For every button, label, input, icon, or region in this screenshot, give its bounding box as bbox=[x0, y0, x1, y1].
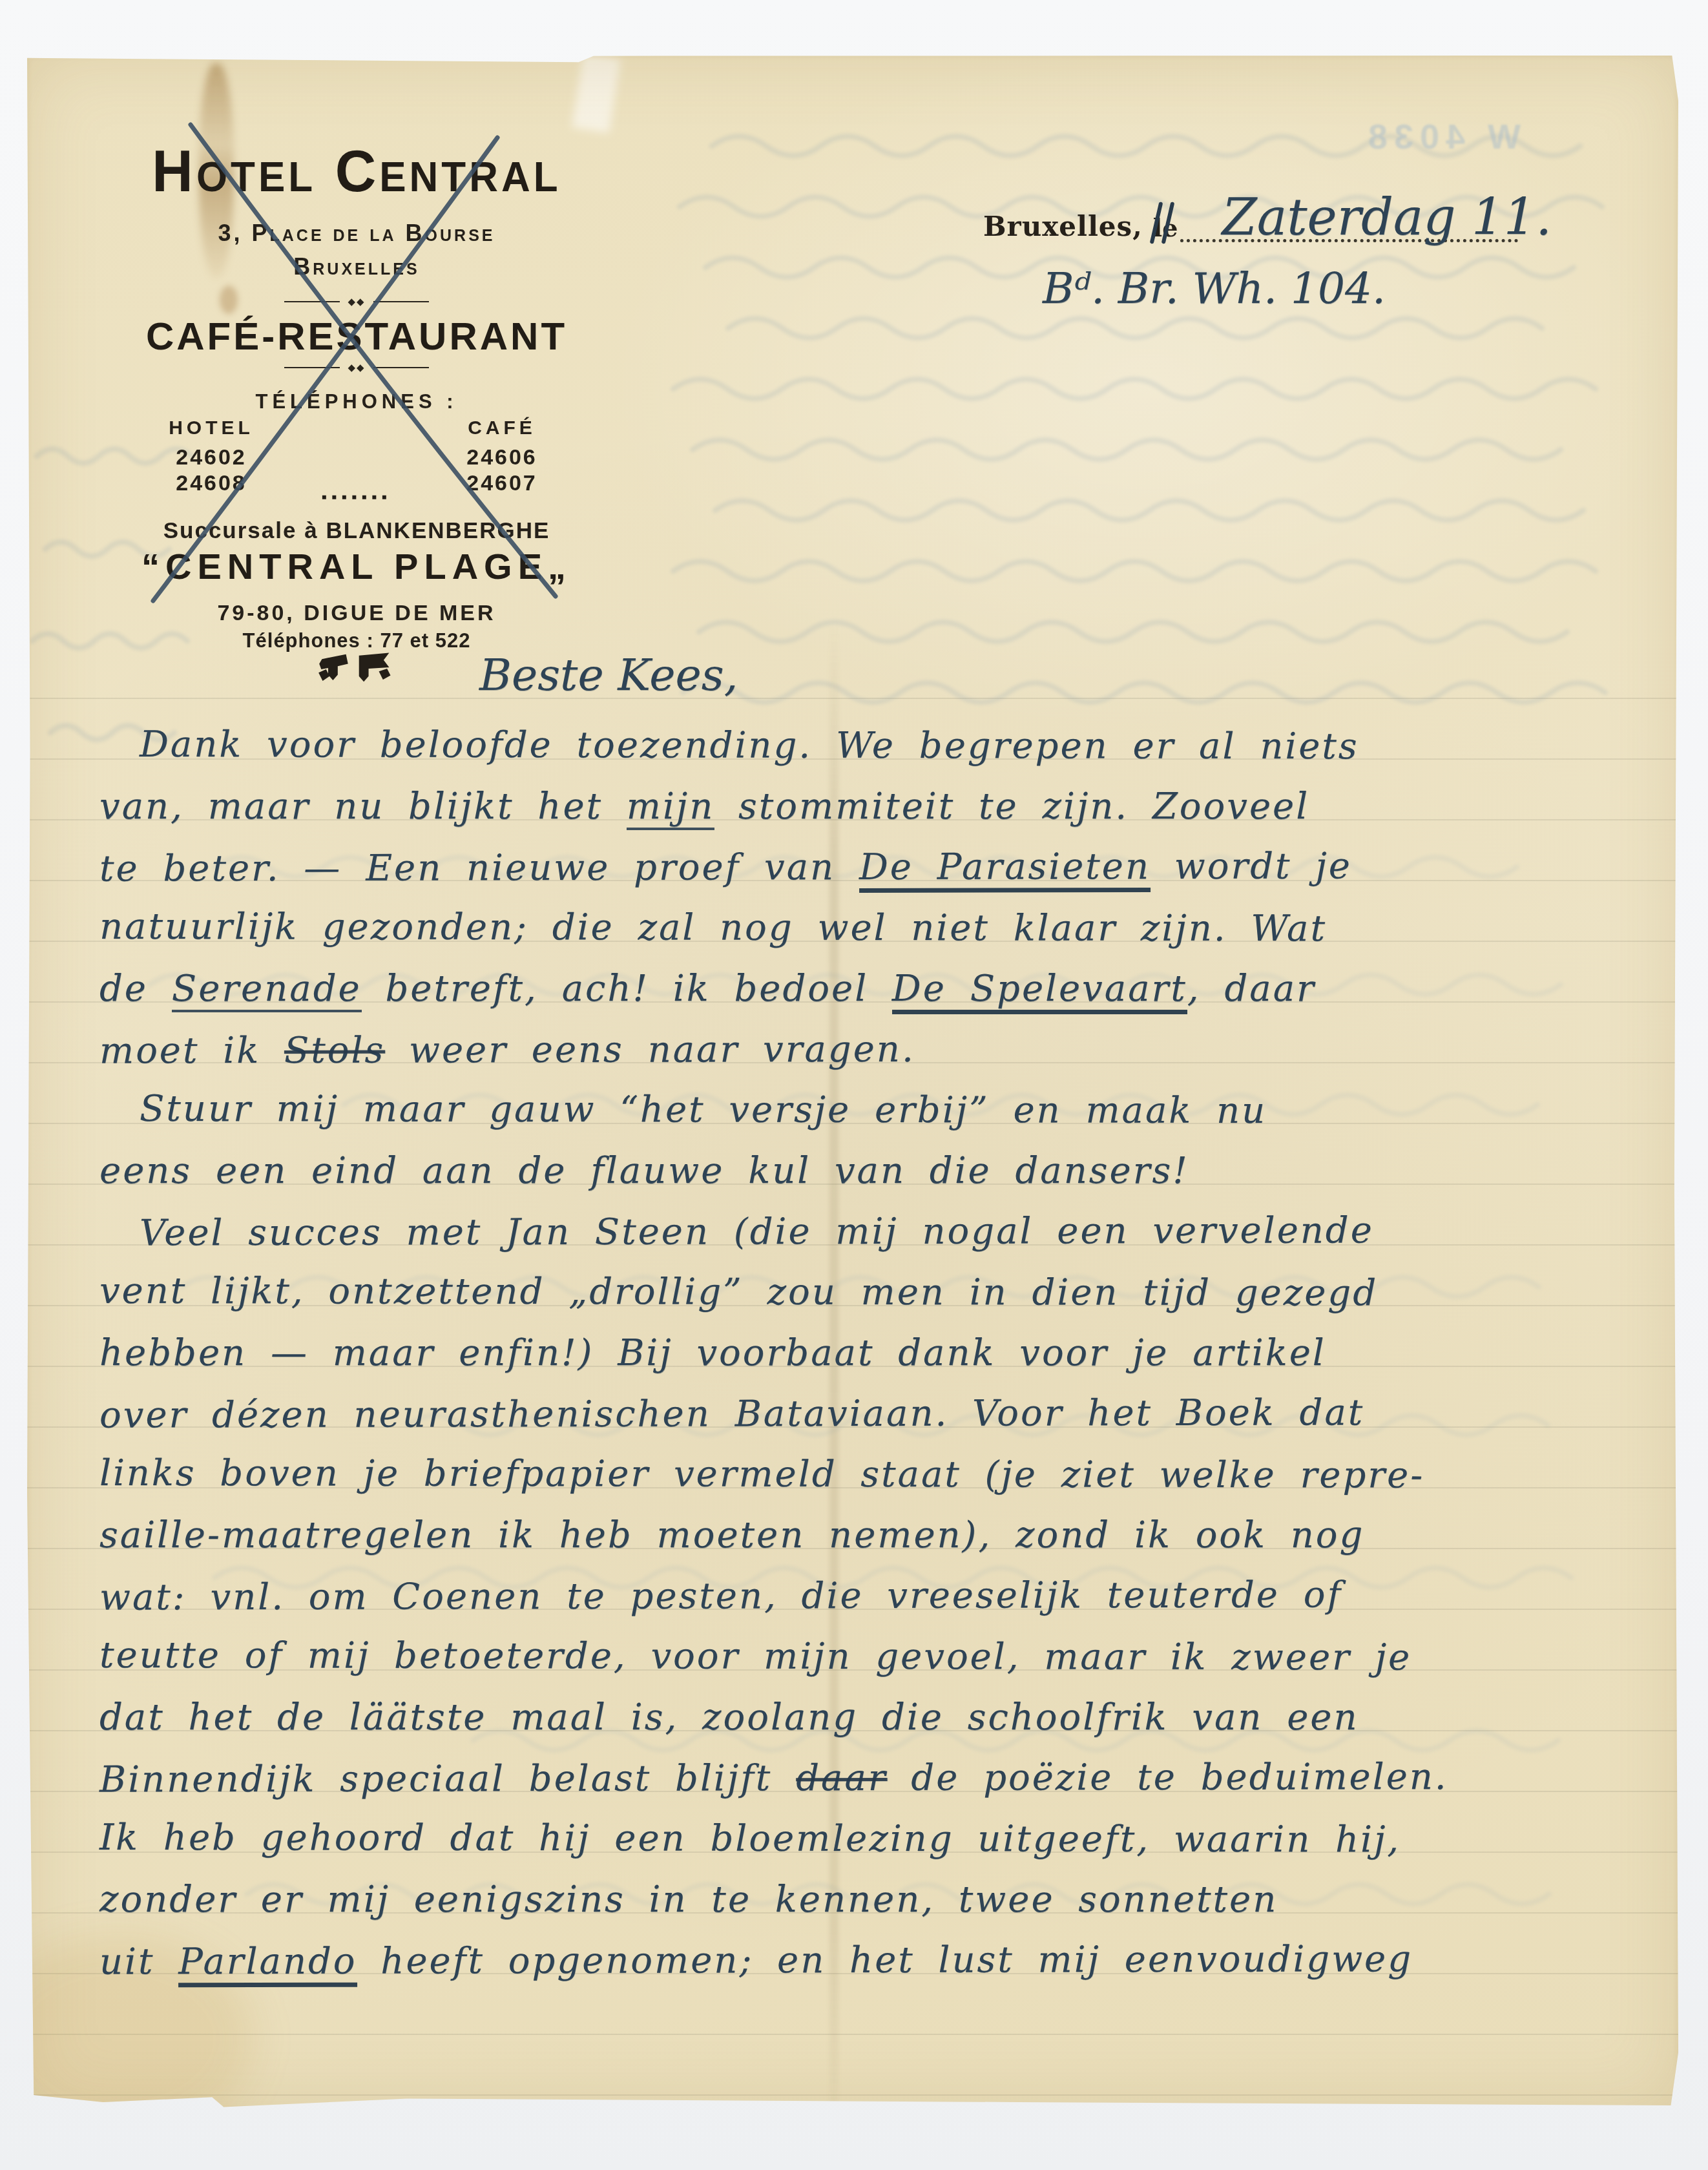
dateline: Bruxelles, le Zaterdag 11. bbox=[983, 204, 1518, 242]
handwritten-line: zonder er mij eenigszins in te kennen, t… bbox=[99, 1870, 1637, 1930]
hotel-address: 3, Place de la Bourse bbox=[66, 220, 647, 247]
ornament-divider: ◆◆ bbox=[66, 296, 647, 308]
handwritten-line: Binnendijk speciaal belast blijft daar d… bbox=[99, 1747, 1637, 1811]
telephone-columns: HOTEL2460224608CAFÉ2460624607 bbox=[66, 417, 647, 496]
handwritten-date: Zaterdag 11. bbox=[1222, 189, 1552, 247]
telephones-label: TÉLÉPHONES : bbox=[66, 390, 647, 413]
handwritten-line: Stuur mij maar gauw “het versje erbij” e… bbox=[140, 1079, 1637, 1142]
telephone-column: CAFÉ2460624607 bbox=[357, 417, 647, 496]
handwritten-address: Bᵈ. Br. Wh. 104. bbox=[1043, 264, 1386, 313]
printed-le-struck: le bbox=[1153, 213, 1178, 242]
telephone-column-label: CAFÉ bbox=[357, 417, 647, 439]
handwritten-line: saille-maatregelen ik heb moeten nemen),… bbox=[99, 1505, 1637, 1566]
handwritten-line: te beter. — Een nieuwe proef van De Para… bbox=[99, 836, 1637, 900]
ornament-divider: ◆◆ bbox=[66, 362, 647, 373]
handwritten-line: natuurlijk gezonden; die zal nog wel nie… bbox=[99, 897, 1637, 960]
handwritten-line: teutte of mij betoeterde, voor mijn gevo… bbox=[99, 1625, 1637, 1689]
branch-phones: Téléphones : 77 et 522 bbox=[66, 629, 647, 652]
telephone-number: 24602 bbox=[66, 444, 357, 470]
handwritten-line: de Serenade betreft, ach! ik bedoel De S… bbox=[99, 959, 1637, 1019]
handwritten-line: van, maar nu blijkt het mijn stommiteit … bbox=[99, 777, 1637, 837]
letter-paper: W 4038 Hotel Central 3, Place de la Bour… bbox=[27, 56, 1678, 2110]
salutation: Beste Kees, bbox=[479, 650, 738, 701]
scanned-letter-screenshot: { "scan": { "bleedthrough_number": "W 40… bbox=[0, 0, 1708, 2170]
telephone-column-label: HOTEL bbox=[66, 417, 357, 439]
branch-name: “CENTRAL PLAGE„ bbox=[66, 545, 647, 587]
branch-address: 79-80, DIGUE DE MER bbox=[66, 601, 647, 626]
telephone-number: 24606 bbox=[357, 444, 647, 470]
letter-body: Dank voor beloofde toezending. We begrep… bbox=[99, 716, 1637, 1991]
handwritten-line: over dézen neurasthenischen Bataviaan. V… bbox=[99, 1382, 1637, 1446]
bleedthrough-number: W 4038 bbox=[1362, 117, 1521, 157]
telephone-column: HOTEL2460224608 bbox=[66, 417, 357, 496]
top-edge-dent bbox=[572, 53, 620, 133]
handwritten-line: dat het de läätste maal is, zoolang die … bbox=[99, 1687, 1637, 1748]
handwritten-line: eens een eind aan de flauwe kul van die … bbox=[99, 1141, 1637, 1202]
handwritten-line: wat: vnl. om Coenen te pesten, die vrees… bbox=[99, 1565, 1637, 1629]
printed-city-label: Bruxelles, bbox=[983, 211, 1143, 242]
handwritten-line: hebben — maar enfin!) Bij voorbaat dank … bbox=[99, 1323, 1637, 1384]
hotel-name: Hotel Central bbox=[66, 137, 647, 205]
cafe-restaurant-title: CAFÉ-RESTAURANT bbox=[66, 314, 647, 359]
handwritten-line: uit Parlando heeft opgenomen; en het lus… bbox=[99, 1929, 1637, 1993]
handwritten-line: Ik heb gehoord dat hij een bloemlezing u… bbox=[99, 1808, 1637, 1871]
handwritten-line: vent lijkt, ontzettend „drollig” zou men… bbox=[99, 1261, 1637, 1324]
handwritten-line: Veel succes met Jan Steen (die mij nogal… bbox=[140, 1200, 1637, 1264]
handwritten-line: moet ik Stols weer eens naar vragen. bbox=[99, 1018, 1637, 1082]
handwritten-line: links boven je briefpapier vermeld staat… bbox=[99, 1443, 1637, 1507]
dotted-separator: ▪▪▪▪▪▪▪ bbox=[66, 488, 647, 506]
hotel-city: Bruxelles bbox=[66, 253, 647, 280]
date-dotted-line: Zaterdag 11. bbox=[1180, 204, 1518, 242]
succursale-line: Succursale à BLANKENBERGHE bbox=[66, 518, 647, 544]
handwritten-line: Dank voor beloofde toezending. We begrep… bbox=[140, 715, 1637, 778]
